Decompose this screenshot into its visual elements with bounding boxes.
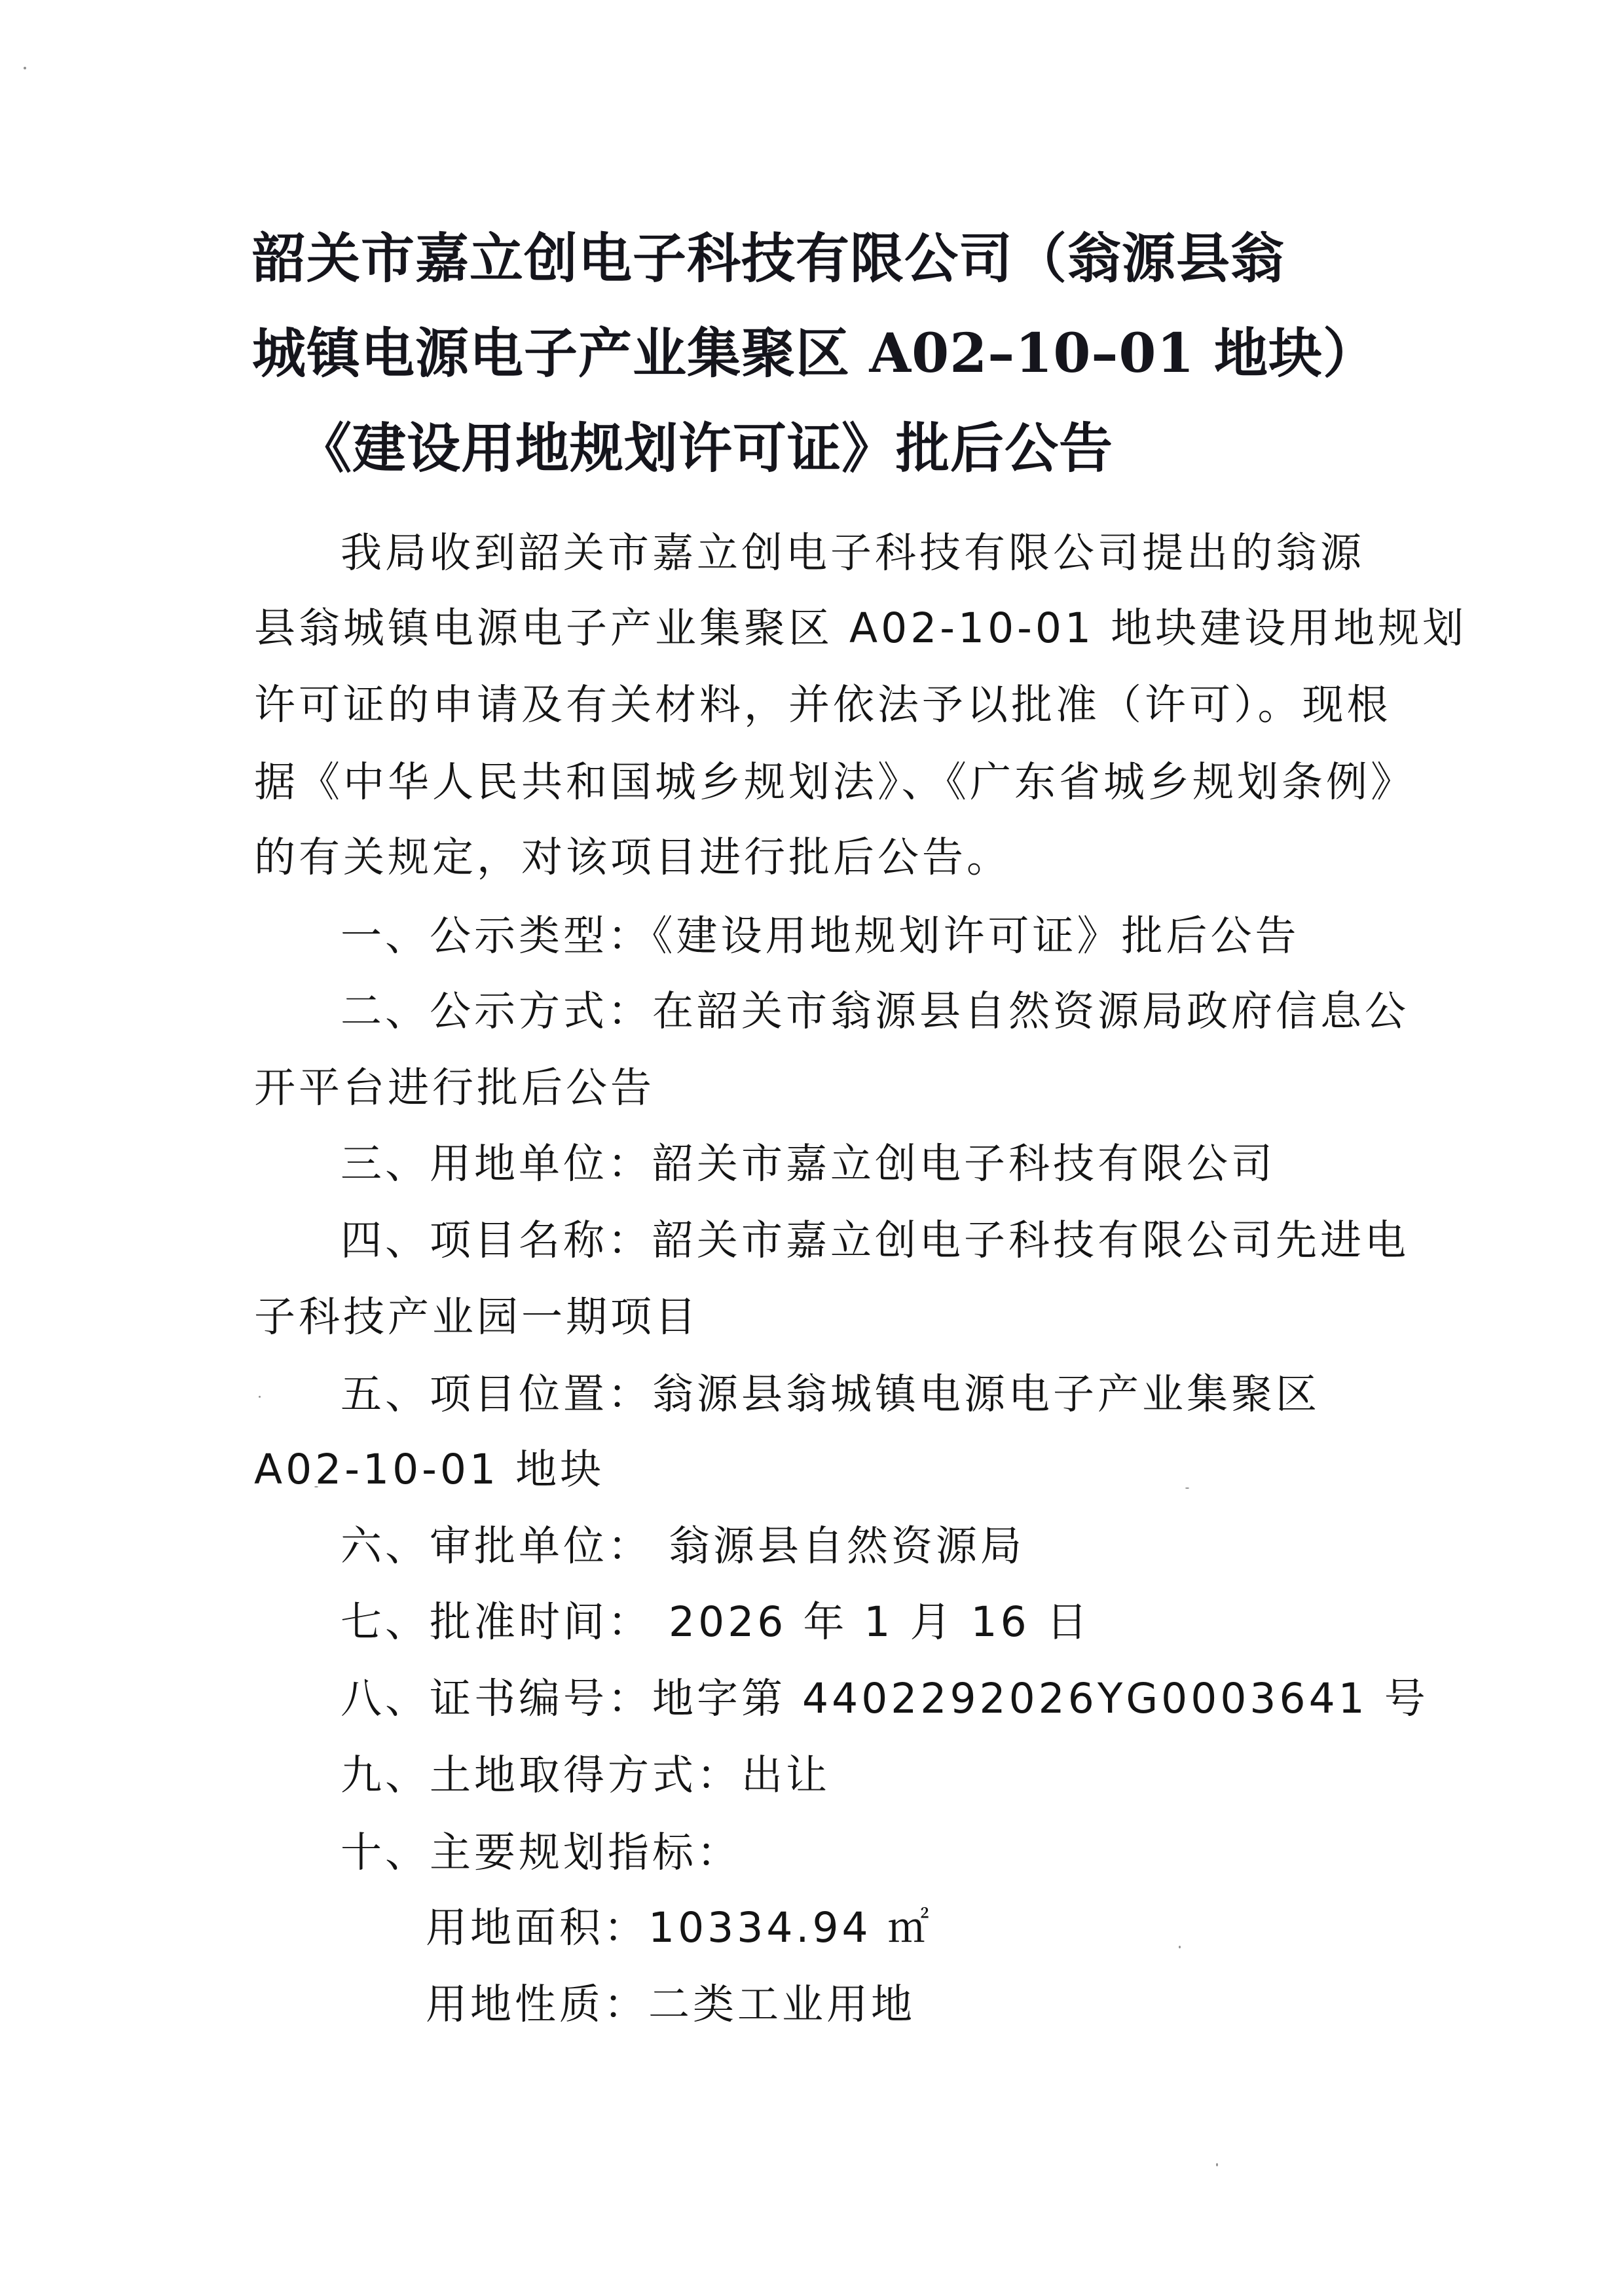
item-land-acquisition: 九、土地取得方式：出让 [341, 1749, 830, 1802]
intro-line-4: 据《中华人民共和国城乡规划法》、《广东省城乡规划条例》 [254, 756, 1415, 809]
item-project-location-cont: A02-10-01 地块 [254, 1444, 604, 1496]
scan-speck [1216, 2163, 1218, 2166]
intro-line-1: 我局收到韶关市嘉立创电子科技有限公司提出的翁源 [341, 527, 1365, 579]
item-notice-method-cont: 开平台进行批后公告 [254, 1062, 655, 1114]
scan-speck [24, 67, 26, 69]
item-approval-date: 七、批准时间： 2026 年 1 月 16 日 [341, 1596, 1091, 1649]
title-line-3: 《建设用地规划许可证》批后公告 [298, 416, 1113, 481]
title-line-1: 韶关市嘉立创电子科技有限公司（翁源县翁 [252, 226, 1285, 291]
item-approving-unit: 六、审批单位： 翁源县自然资源局 [341, 1520, 1025, 1573]
item-project-name-cont: 子科技产业园一期项目 [254, 1291, 699, 1343]
indicator-land-area: 用地面积：10334.94 ㎡ [426, 1902, 932, 1954]
intro-line-3: 许可证的申请及有关材料，并依法予以批准（许可）。现根 [254, 679, 1392, 731]
indicator-land-use: 用地性质：二类工业用地 [426, 1978, 915, 2031]
item-land-user: 三、用地单位：韶关市嘉立创电子科技有限公司 [341, 1138, 1276, 1190]
document-page: 韶关市嘉立创电子科技有限公司（翁源县翁 城镇电源电子产业集聚区 A02–10–0… [0, 0, 1624, 2296]
item-project-name: 四、项目名称：韶关市嘉立创电子科技有限公司先进电 [341, 1214, 1409, 1267]
title-line-2: 城镇电源电子产业集聚区 A02–10–01 地块） [252, 321, 1377, 386]
item-planning-indicators: 十、主要规划指标： [341, 1827, 741, 1879]
scan-speck [314, 1486, 318, 1487]
item-notice-method: 二、公示方式：在韶关市翁源县自然资源局政府信息公 [341, 985, 1409, 1038]
item-project-location: 五、项目位置：翁源县翁城镇电源电子产业集聚区 [341, 1368, 1320, 1421]
item-notice-type: 一、公示类型：《建设用地规划许可证》批后公告 [341, 910, 1300, 962]
intro-line-2: 县翁城镇电源电子产业集聚区 A02-10-01 地块建设用地规划 [254, 602, 1467, 655]
scan-speck [1179, 1946, 1181, 1948]
scan-speck [1185, 1487, 1189, 1489]
item-certificate-number: 八、证书编号：地字第 4402292026YG0003641 号 [341, 1673, 1429, 1725]
scan-speck [259, 1396, 261, 1398]
intro-line-5: 的有关规定，对该项目进行批后公告。 [254, 831, 1011, 884]
